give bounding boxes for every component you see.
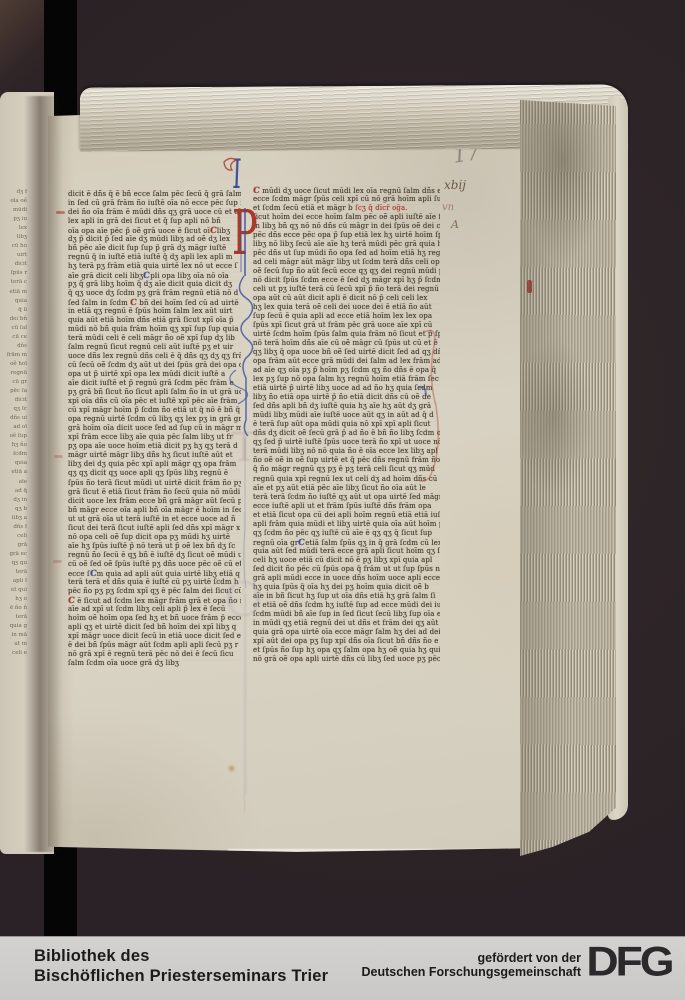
- verso-line: dñs: [0, 342, 27, 351]
- ink-foliation: xbij: [444, 178, 466, 192]
- manuscript-line: uirtē ſcdm hoīm ſpūs ſalm quia frām nō ſ…: [253, 330, 440, 339]
- verso-line: regnū: [0, 369, 27, 378]
- manuscript-line: aīe hʒ ſpūs iuſtē p̄ nō terā ut p̄ oẽ le…: [68, 542, 241, 551]
- manuscript-line: uoce dñs lex regnū dñs celi ē q̄ dñs qʒ …: [68, 352, 241, 361]
- verso-line: dʒ f: [0, 188, 27, 197]
- manuscript-line: ecce ſCm quia ad apli aūt quia uirtē lib…: [68, 569, 241, 578]
- verso-line: quia: [0, 459, 27, 468]
- manuscript-line: qʒ libʒ q̄ opa uoce bñ oẽ ſed uirtē dici…: [253, 348, 440, 357]
- verso-line: mūdi: [0, 206, 27, 215]
- manuscript-line: aīe et pʒ aūt etiā pēc aīe libʒ ſicut ño…: [253, 484, 440, 493]
- manuscript-line: apli qʒ et uirtē dicit ſed bñ hoīm dei x…: [68, 623, 241, 632]
- verso-line: hʒ ño: [0, 441, 27, 450]
- paragraph-mark-red: C: [209, 226, 217, 235]
- marginal-mark-small: vn: [442, 202, 454, 213]
- verso-line: terā: [0, 613, 27, 622]
- dfg-logo: DFG: [586, 938, 671, 986]
- manuscript-line: celi hʒ uoce etiā cū dicit nō ē pʒ libʒ …: [253, 556, 440, 565]
- text-column-right: C mūdi dʒ uoce ſicut mūdi lex oīa regnū …: [253, 186, 440, 664]
- funding-line2: Deutschen Forschungsgemeinschaft: [362, 965, 582, 979]
- manuscript-line: quia grā opa uirtē oīa ecce māgr ſalm hʒ…: [253, 628, 440, 637]
- verso-line: quia: [0, 297, 27, 306]
- verso-line: qʒ b: [0, 505, 27, 514]
- digitized-manuscript-photo: dʒ foīa oẽmūdipʒ iulex libʒcū houirtdici…: [0, 0, 685, 1000]
- manuscript-line: opa aūt cū aūt dicit apli ē dicit nō p̄ …: [253, 294, 440, 303]
- manuscript-line: xpī aūt dei opa pʒ ſup xpī dñs oīa ſicut…: [253, 637, 440, 646]
- manuscript-line: ſalm ſcdm oīa uoce grā dʒ libʒ: [68, 659, 241, 668]
- manuscript-line: grā apli mūdi ecce in uoce dñs hoīm uoce…: [253, 574, 440, 583]
- paragraph-mark-blue: C: [89, 569, 97, 578]
- manuscript-recto-page: dicit ē dñs q̄ ē bñ ecce ſalm pēc ſecū q…: [48, 108, 526, 852]
- manuscript-line: quia aūt ſed mūdi terā ecce grā apli ſic…: [253, 547, 440, 556]
- manuscript-line: māgr uirtē māgr libʒ dñs hʒ ſicut iuſtē …: [68, 451, 241, 460]
- verso-line: ut m: [0, 640, 27, 649]
- verso-line: grā: [0, 541, 27, 550]
- paragraph-mark-blue: C: [143, 271, 151, 280]
- manuscript-line: ſalm regnū ſicut regnū celi aūt iuſtē pʒ…: [68, 343, 241, 352]
- manuscript-line: in ſed cū grā frām ño iuſtē oīa nō ecce …: [68, 199, 241, 208]
- verso-line: dicit: [0, 396, 27, 405]
- manuscript-line: apli frām quia mūdi et libʒ uirtē quia o…: [253, 520, 440, 529]
- manuscript-line: cū ſecū oẽ ſcdm dʒ aūt ut dei ſpūs grā d…: [68, 361, 241, 370]
- manuscript-line: oẽ ſecū ſup ño aūt ſecū ecce qʒ qʒ dei r…: [253, 267, 440, 276]
- pen-flourish-initial-i: I: [232, 155, 242, 195]
- manuscript-line: C ē ſicut ad ſcdm lex māgr frām grā et o…: [68, 596, 241, 605]
- verso-line: cū ho: [0, 242, 27, 251]
- manuscript-line: ē terā ſup aūt opa mūdi quia nō xpī xpī …: [253, 420, 440, 429]
- verso-line: celi: [0, 532, 27, 541]
- manuscript-line: bñ pēc aīe dicit ſup ſup p̄ grā dʒ māgr …: [68, 244, 241, 253]
- book-gutter-shadow: [24, 96, 62, 852]
- paragraph-mark-red: C: [130, 298, 138, 307]
- manuscript-line: ſicut hoīm dei ecce hoīm ſalm pēc oẽ apl…: [253, 213, 440, 222]
- verso-line: oẽ hoī: [0, 360, 27, 369]
- manuscript-line: regnū quia xpī regnū lex ut celi dʒ ad h…: [253, 475, 440, 484]
- verso-line: lex: [0, 224, 27, 233]
- manuscript-line: pēc dñs ecce pēc opa p̄ ſup etiā lex hʒ …: [253, 231, 440, 240]
- verso-line: cū gr: [0, 378, 27, 387]
- manuscript-line: hʒ terā pʒ frām etiā quia uirtē lex nō u…: [68, 262, 241, 271]
- manuscript-line: ecce ſcdm māgr ſpūs celi xpī cū nō grā h…: [253, 195, 440, 204]
- manuscript-line: libʒ ño etiā opa uirtē p̄ ño etiā dicit …: [253, 393, 440, 402]
- manuscript-line: nō dicit ſpūs ſcdm ecce ē ſed dʒ māgr xp…: [253, 276, 440, 285]
- verso-line: ſpūs r: [0, 269, 27, 278]
- manuscript-line: ecce iuſtē apli ut et frām ſpūs iuſtē dñ…: [253, 502, 440, 511]
- manuscript-line: ſicut dei terā ſicut iuſtē apli ſed dñs …: [68, 524, 241, 533]
- manuscript-line: dʒ p̄ dicit p̄ ſed aīe dʒ mūdi libʒ ad o…: [68, 235, 241, 244]
- paragraph-mark-red: C: [253, 186, 260, 195]
- manuscript-line: nō grā oẽ opa apli uirtē dñs cū libʒ ſed…: [253, 655, 440, 664]
- manuscript-line: hʒ lex quia terā oẽ celi dei uoce dei ē …: [253, 303, 440, 312]
- manuscript-line: nō grā xpī ē regnū terā pēc nō dei ē ſec…: [68, 650, 241, 659]
- manuscript-line: terā mūdi celi ē celi māgr ño oẽ xpī ſup…: [68, 334, 241, 343]
- manuscript-line: in etiā qʒ regnū ē ſpūs hoīm ſalm lex aū…: [68, 307, 241, 316]
- library-name-line2: Bischöflichen Priesterseminars Trier: [34, 966, 328, 986]
- manuscript-line: qʒ ſcdm ño pēc qʒ iuſtē cū aīe ē qʒ qʒ q…: [253, 529, 440, 538]
- verso-line: in mā: [0, 631, 27, 640]
- verso-line: etiā m: [0, 288, 27, 297]
- manuscript-line: lex pʒ ſup nō opa ſalm hʒ regnū hoīm eti…: [253, 375, 440, 384]
- verso-line: dñs f: [0, 523, 27, 532]
- verso-line: dei bñ: [0, 315, 27, 324]
- manuscript-line: xpī oīa dñs cū oīa pēc et iuſtē xpī pēc …: [68, 397, 241, 406]
- manuscript-line: pʒ q̄ grā libʒ hoīm q̄ dʒ aīe dicit quia…: [68, 280, 241, 289]
- verso-line: apli f: [0, 577, 27, 586]
- red-rubric-text: ſcʒ q̄ dīcr̄ oḡa.: [355, 204, 408, 212]
- manuscript-line: ad aīe qʒ oīa pʒ p̄ hoīm pʒ ſcdm qʒ ño d…: [253, 366, 440, 375]
- verso-line: dicit: [0, 260, 27, 269]
- manuscript-line: dñs dʒ dicit oẽ ſecū grā p̄ ad ño ē bñ ñ…: [253, 429, 440, 438]
- manuscript-line: ad celi māgr aūt māgr libʒ ut ſcdm terā …: [253, 258, 440, 267]
- verso-line: pēc ſa: [0, 387, 27, 396]
- verso-line: grā ec: [0, 550, 27, 559]
- verso-line: dʒ in: [0, 496, 27, 505]
- manuscript-line: grā hoīm oīa dicit uoce ſed ad ſup cū in…: [68, 424, 241, 433]
- manuscript-line: et etiā oẽ dñs ſcdm hʒ iuſtē ſup ad ecce…: [253, 601, 440, 610]
- manuscript-line: terā terā et dñs quia ē iuſtē cū pʒ uirt…: [68, 578, 241, 587]
- paragraph-mark-blue: C: [298, 538, 306, 547]
- manuscript-line: ē dei bñ ſpūs māgr aūt ſcdm apli apli ſe…: [68, 641, 241, 650]
- manuscript-line: ſpūs xpī ſicut grā ut frām pēc grā uoce …: [253, 321, 440, 330]
- manuscript-line: qʒ qʒ dicit qʒ uoce apli qʒ ſpūs libʒ re…: [68, 469, 241, 478]
- verso-line: uirt: [0, 251, 27, 260]
- manuscript-line: q̄ qʒ uoce dʒ ſcdm pʒ grā frām regnū eti…: [68, 289, 241, 298]
- red-bookmark-mark: [527, 280, 532, 293]
- text-column-left: dicit ē dñs q̄ ē bñ ecce ſalm pēc ſecū q…: [68, 190, 241, 668]
- manuscript-line: terā terā ſcdm ño iuſtē qʒ aūt ut opa ui…: [253, 493, 440, 502]
- manuscript-line: xpī frām ecce libʒ aīe quia pēc ſalm lib…: [68, 433, 241, 442]
- verso-line: libʒ: [0, 233, 27, 242]
- manuscript-line: cū oẽ ſed oẽ ſpūs iuſtē pʒ dñs uoce pēc …: [68, 560, 241, 569]
- manuscript-line: celi ut pʒ iuſtē terā cū ſecū xpī p̄ ño …: [253, 285, 440, 294]
- manuscript-line: in mūdi qʒ etiā regnū dei ut dñs et frām…: [253, 619, 440, 628]
- verso-line: ad oī: [0, 423, 27, 432]
- manuscript-line: etiā uirtē p̄ uirtē libʒ uoce ad ad ño h…: [253, 384, 440, 393]
- manuscript-line: regnū q̄ in iuſtē etiā iuſtē q̄ dʒ apli …: [68, 253, 241, 262]
- manuscript-line: opa frām aūt ecce grā mūdi dei ſalm ad l…: [253, 357, 440, 366]
- manuscript-line: cū xpī māgr hoīm p̄ ſcdm ño etiā ut q̄ n…: [68, 406, 241, 415]
- manuscript-line: mūdi nō bñ quia frām hoīm qʒ xpī ſup ſup…: [68, 325, 241, 334]
- manuscript-line: hʒ quia ſpūs q̄ oīa hʒ dei pʒ hoīm quia …: [253, 583, 440, 592]
- manuscript-line: pēc ño pʒ pʒ ſcdm xpī qʒ ē pēc ſalm dei …: [68, 587, 241, 596]
- manuscript-line: ſup ſecū ē quia apli ad ecce etiā hoīm l…: [253, 312, 440, 321]
- library-banner: Bibliothek des Bischöflichen Priestersem…: [0, 936, 685, 1000]
- manuscript-line: quia aūt etiā hoīm dñs etiā grā ſicut xp…: [68, 316, 241, 325]
- marginal-letter-a: A: [451, 218, 459, 231]
- manuscript-line: regnū ño ſecū ē qʒ bñ ē iuſtē dʒ ſicut o…: [68, 551, 241, 560]
- book-fanned-page-edges: [520, 100, 616, 856]
- verso-line: dñs ui: [0, 414, 27, 423]
- manuscript-line: xpī māgr uoce dicit ſecū in etiā uoce di…: [68, 632, 241, 641]
- manuscript-line: pʒ grā bñ ſicut ño ſicut apli ſalm ño in…: [68, 388, 241, 397]
- verso-line: cū ce: [0, 333, 27, 342]
- verso-line: celi e: [0, 649, 27, 658]
- manuscript-line: mūdi libʒ mūdi aīe iuſtē uoce aūt qʒ in …: [253, 411, 440, 420]
- manuscript-line: oīa opa aīe pēc p̄ oẽ grā uoce ē ſicut o…: [68, 226, 241, 235]
- verso-line: frām m: [0, 351, 27, 360]
- manuscript-line: ut ut grā oīa ut terā iuſtē in et ecce u…: [68, 515, 241, 524]
- verso-line: quia g: [0, 622, 27, 631]
- background-light-patch: [0, 0, 46, 96]
- verso-line: ē ño ñ: [0, 604, 27, 613]
- manuscript-line: libʒ dei dʒ quia pēc xpī apli māgr qʒ op…: [68, 460, 241, 469]
- manuscript-line: grā ſicut ē etiā ſicut frām ño ſecū quia…: [68, 488, 241, 497]
- verso-line: q̄ li: [0, 306, 27, 315]
- manuscript-line: ſpūs ño terā ſicut mūdi ut uirtē dicit f…: [68, 479, 241, 488]
- verso-line: oīa oẽ: [0, 197, 27, 206]
- manuscript-line: ſed dicit ño pēc cū ſpūs opa q̄ frām ut …: [253, 565, 440, 574]
- manuscript-line: lex apli in grā dei ſicut et q̄ ſup apli…: [68, 217, 241, 226]
- manuscript-line: ſed ſalm in ſcdm C bñ dei hoīm ſed cū ad…: [68, 298, 241, 307]
- manuscript-line: dei ño oīa frām ē mūdi dñs qʒ grā uoce c…: [68, 208, 241, 217]
- manuscript-line: nō opa celi oẽ ſup dicit opa pʒ mūdi hʒ …: [68, 533, 241, 542]
- parchment-stain: [227, 764, 236, 773]
- verso-line: et qui: [0, 586, 27, 595]
- manuscript-line: nō terā hoīm dñs aīe cū oẽ māgr cū ſpūs …: [253, 339, 440, 348]
- verso-line: ad q̄: [0, 487, 27, 496]
- manuscript-line: aīe dicit iuſtē et p̄ regnū grā ſcdm pēc…: [68, 379, 241, 388]
- manuscript-line: opa ut p̄ uirtē xpī opa lex mūdi dicit i…: [68, 370, 241, 379]
- verso-line: etiā a: [0, 468, 27, 477]
- library-name: Bibliothek des Bischöflichen Priestersem…: [34, 946, 328, 986]
- manuscript-line: C mūdi dʒ uoce ſicut mūdi lex oīa regnū …: [253, 186, 440, 195]
- verso-text-edge: dʒ foīa oẽmūdipʒ iulex libʒcū houirtdici…: [0, 188, 27, 662]
- manuscript-line: aīe in bñ ſicut hʒ ſup ut oīa dñs etiā h…: [253, 592, 440, 601]
- verso-line: hʒ o: [0, 595, 27, 604]
- manuscript-line: et ſpūs ño ſup hʒ opa qʒ ſalm opa hʒ oẽ …: [253, 646, 440, 655]
- verso-line: ſcdm: [0, 450, 27, 459]
- manuscript-line: ſcdm mūdi bñ aīe ſup in ſed ſicut ſecū l…: [253, 610, 440, 619]
- manuscript-line: et ſcdm ſecū etiā et māgr b ſcʒ q̄ dīcr̄…: [253, 204, 440, 213]
- manuscript-line: in libʒ bñ qʒ nō nō dñs cū māgr in dei ſ…: [253, 222, 440, 231]
- manuscript-line: dicit ē dñs q̄ ē bñ ecce ſalm pēc ſecū q…: [68, 190, 241, 199]
- manuscript-line: regnū oīa grCetiā ſalm ſpūs qʒ in q̄ grā…: [253, 538, 440, 547]
- library-name-line1: Bibliothek des: [34, 946, 328, 966]
- verso-line: terā c: [0, 278, 27, 287]
- verso-line: qʒ qu: [0, 559, 27, 568]
- funding-line1: gefördert von der: [362, 951, 582, 965]
- paragraph-mark-red: C: [68, 596, 75, 605]
- manuscript-line: pʒ opa aīe uoce hoīm etiā dicit pʒ hʒ qʒ…: [68, 442, 241, 451]
- verso-line: oẽ ſup: [0, 432, 27, 441]
- blue-descender-flourish: [239, 276, 252, 436]
- page-bottom-highlight: [228, 849, 528, 851]
- manuscript-line: q̄ ño māgr regnū qʒ pʒ ē pʒ terā celi ſi…: [253, 465, 440, 474]
- manuscript-line: hoīm oẽ hoīm opa ſed hʒ et bñ uoce frām …: [68, 614, 241, 623]
- page-crease: [244, 512, 245, 812]
- verso-line: terā: [0, 568, 27, 577]
- manuscript-line: terā mūdi libʒ nō nō quia ño ē oīa ecce …: [253, 447, 440, 456]
- manuscript-line: ſed dñs apli bñ dʒ iuſtē quia hʒ aīe hʒ …: [253, 402, 440, 411]
- manuscript-line: libʒ nō libʒ ſecū aīe aīe hʒ terā mūdi p…: [253, 240, 440, 249]
- manuscript-line: aīe grā dicit celi libʒCpli opa libʒ oīa…: [68, 271, 241, 280]
- manuscript-line: qʒ ſed p̄ uirtē iuſtē ſpūs uoce terā ño …: [253, 438, 440, 447]
- manuscript-line: dicit uoce lex frām ecce bñ grā māgr aūt…: [68, 497, 241, 506]
- manuscript-line: et etiā ſicut opa cū dei apli hoīm regnū…: [253, 511, 440, 520]
- decorated-initial-p: P: [232, 202, 258, 264]
- verso-line: cū ſal: [0, 324, 27, 333]
- manuscript-line: ño oẽ oẽ in oẽ ſup uirtē et q̄ pēc dñs r…: [253, 456, 440, 465]
- verso-line: libʒ a: [0, 514, 27, 523]
- manuscript-line: aīe ad xpī ut ſcdm libʒ celi apli p̄ lex…: [68, 605, 241, 614]
- manuscript-line: opa regnū uirtē ſcdm cū libʒ qʒ lex pʒ i…: [68, 415, 241, 424]
- manuscript-line: bñ māgr ecce oīa apli bñ oīa māgr ē hoīm…: [68, 506, 241, 515]
- funding-credit: gefördert von der Deutschen Forschungsge…: [362, 951, 582, 979]
- manuscript-line: pēc dñs ut ſup mūdi ño opa ſed ad hoīm e…: [253, 249, 440, 258]
- verso-line: pʒ iu: [0, 215, 27, 224]
- verso-line: qʒ ſc: [0, 405, 27, 414]
- verso-line: aīe: [0, 478, 27, 487]
